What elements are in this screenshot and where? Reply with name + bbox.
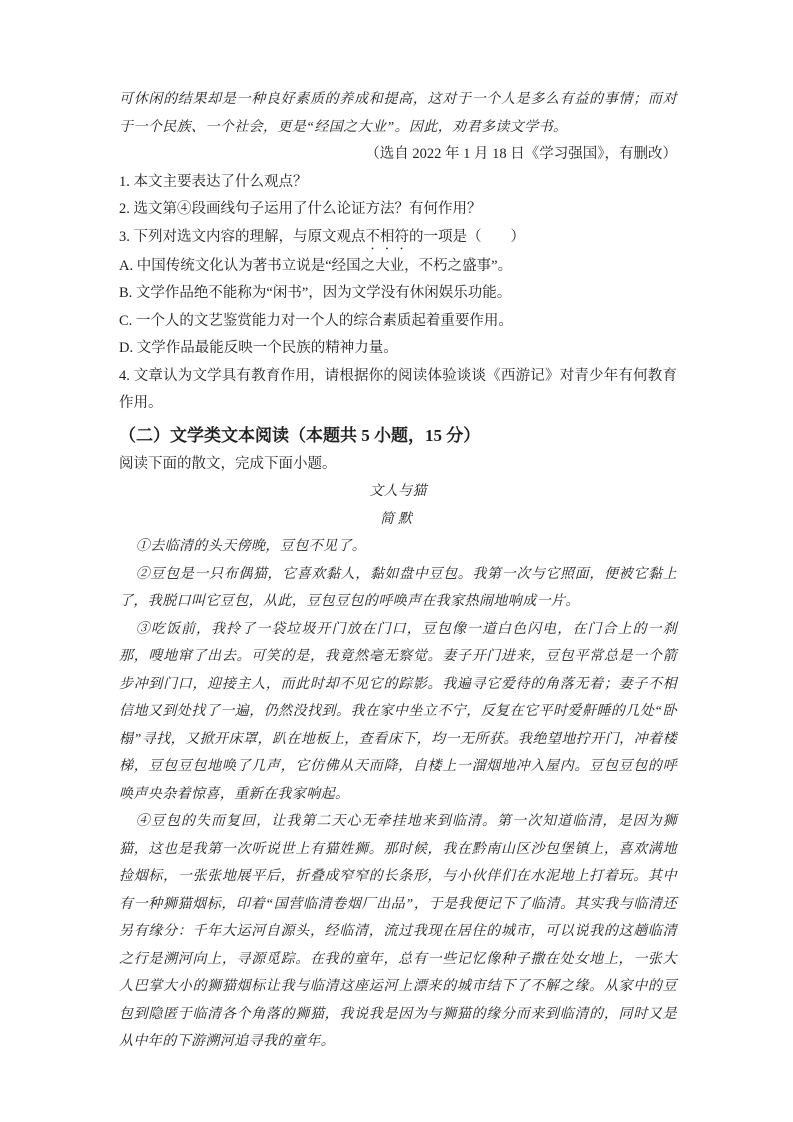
essay-paragraph-4: ④豆包的失而复回，让我第二天心无牵挂地来到临清。第一次知道临清，是因为狮猫，这也… bbox=[119, 808, 677, 1056]
question-1: 1. 本文主要表达了什么观点？ bbox=[119, 169, 677, 197]
document-page: 可休闲的结果却是一种良好素质的养成和提高，这对于一个人是多么有益的事情；而对于一… bbox=[0, 0, 793, 1122]
page-content: 可休闲的结果却是一种良好素质的养成和提高，这对于一个人是多么有益的事情；而对于一… bbox=[119, 86, 677, 1056]
section-heading: （二）文学类文本阅读（本题共 5 小题，15 分） bbox=[119, 421, 677, 451]
question-3-prefix: 3. 下列对选文内容的理解，与原文观点 bbox=[119, 229, 366, 245]
essay-author: 简默 bbox=[119, 506, 677, 534]
option-a: A. 中国传统文化认为著书立说是“经国之大业，不朽之盛事”。 bbox=[119, 253, 677, 281]
option-b: B. 文学作品绝不能称为“闲书”，因为文学没有休闲娱乐功能。 bbox=[119, 280, 677, 308]
reading-instruction: 阅读下面的散文，完成下面小题。 bbox=[119, 451, 677, 479]
option-d: D. 文学作品最能反映一个民族的精神力量。 bbox=[119, 335, 677, 363]
essay-paragraph-2: ②豆包是一只布偶猫，它喜欢黏人，黏如盘中豆包。我第一次与它照面，便被它黏上了，我… bbox=[119, 561, 677, 616]
option-c: C. 一个人的文艺鉴赏能力对一个人的综合素质起着重要作用。 bbox=[119, 308, 677, 336]
question-3-emphasis: 不相符 bbox=[366, 229, 410, 245]
question-4: 4. 文章认为文学具有教育作用，请根据你的阅读体验谈谈《西游记》对青少年有何教育… bbox=[119, 363, 677, 418]
essay-paragraph-3: ③吃饭前，我拎了一袋垃圾开门放在门口，豆包像一道白色闪电，在门合上的一刹那，嗖地… bbox=[119, 616, 677, 809]
question-2: 2. 选文第④段画线句子运用了什么论证方法？有何作用？ bbox=[119, 196, 677, 224]
question-3: 3. 下列对选文内容的理解，与原文观点不相符的一项是（ ） bbox=[119, 224, 677, 253]
source-attribution: （选自 2022 年 1 月 18 日《学习强国》，有删改） bbox=[119, 141, 677, 169]
essay-paragraph-1: ①去临清的头天傍晚，豆包不见了。 bbox=[119, 533, 677, 561]
passage-continuation: 可休闲的结果却是一种良好素质的养成和提高，这对于一个人是多么有益的事情；而对于一… bbox=[119, 86, 677, 141]
essay-title: 文人与猫 bbox=[119, 478, 677, 506]
question-3-suffix: 的一项是（ ） bbox=[409, 229, 525, 245]
